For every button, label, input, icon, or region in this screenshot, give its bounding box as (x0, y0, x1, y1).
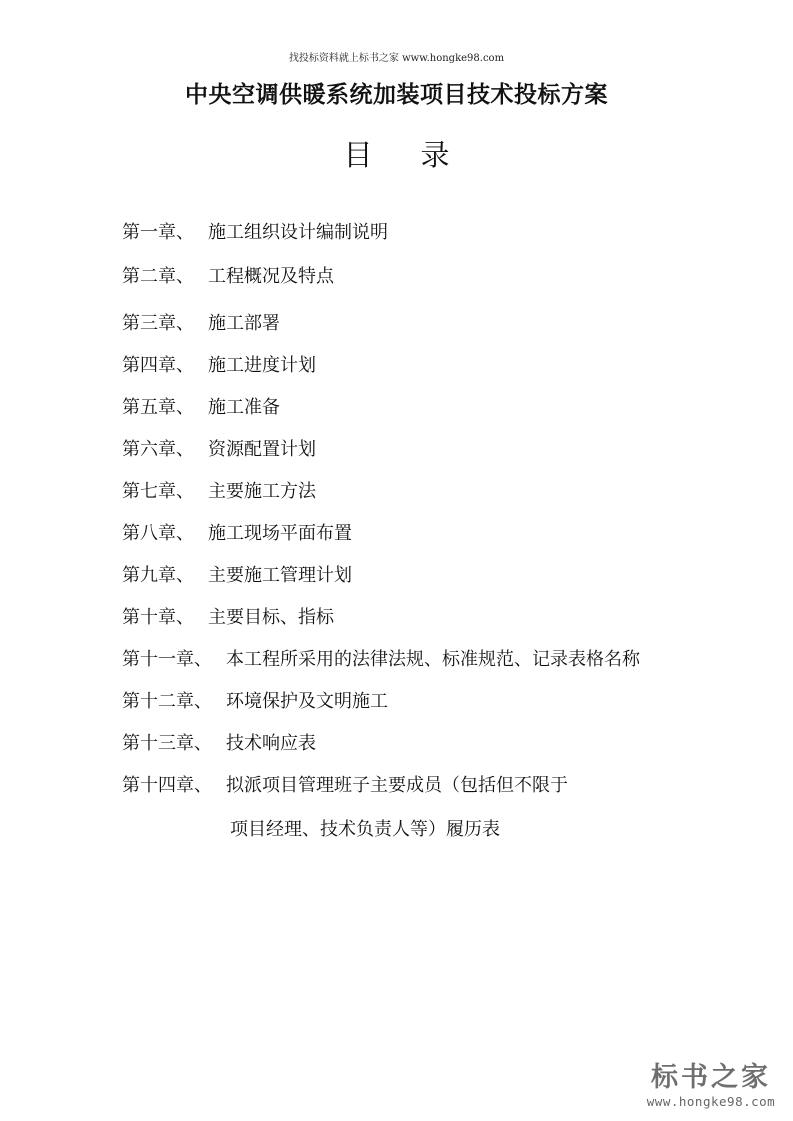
watermark-logo: 标书之家 www.hongke98.com (641, 1055, 781, 1109)
chapter-number: 第二章、 (122, 262, 194, 292)
chapter-title: 施工部署 (208, 309, 280, 339)
toc-item: 第十章、主要目标、指标 (122, 603, 334, 633)
toc-item: 第八章、施工现场平面布置 (122, 519, 352, 549)
chapter-title: 环境保护及文明施工 (226, 687, 388, 717)
chapter-title: 施工进度计划 (208, 351, 316, 381)
chapter-number: 第七章、 (122, 477, 194, 507)
toc-item: 第十四章、拟派项目管理班子主要成员（包括但不限于 (122, 771, 568, 801)
chapter-number: 第十一章、 (122, 645, 212, 675)
toc-item: 第五章、施工准备 (122, 393, 280, 423)
toc-heading-char-1: 目 (343, 133, 372, 174)
chapter-number: 第十三章、 (122, 729, 212, 759)
chapter-title: 资源配置计划 (208, 435, 316, 465)
chapter-number: 第十四章、 (122, 771, 212, 801)
toc-heading-char-2: 录 (421, 133, 450, 174)
chapter-number: 第九章、 (122, 561, 194, 591)
toc-item: 第四章、施工进度计划 (122, 351, 316, 381)
chapter-number: 第五章、 (122, 393, 194, 423)
chapter-number: 第八章、 (122, 519, 194, 549)
chapter-title: 工程概况及特点 (208, 262, 334, 292)
chapter-number: 第十章、 (122, 603, 194, 633)
chapter-title: 施工准备 (208, 393, 280, 423)
toc-item: 第九章、主要施工管理计划 (122, 561, 352, 591)
chapter-title: 拟派项目管理班子主要成员（包括但不限于 (226, 771, 568, 801)
toc-item: 第六章、资源配置计划 (122, 435, 316, 465)
toc-item: 第二章、工程概况及特点 (122, 262, 334, 292)
chapter-title: 主要施工方法 (208, 477, 316, 507)
toc-item: 第七章、主要施工方法 (122, 477, 316, 507)
chapter-title: 施工组织设计编制说明 (208, 218, 388, 248)
watermark-url: www.hongke98.com (641, 1094, 781, 1109)
chapter-number: 第三章、 (122, 309, 194, 339)
toc-item: 第十三章、技术响应表 (122, 729, 316, 759)
chapter-title: 主要施工管理计划 (208, 561, 352, 591)
chapter-number: 第六章、 (122, 435, 194, 465)
toc-item: 第三章、施工部署 (122, 309, 280, 339)
toc-heading: 目录 (0, 133, 793, 174)
header-note: 找投标资料就上标书之家 www.hongke98.com (0, 49, 793, 64)
chapter-title: 本工程所采用的法律法规、标准规范、记录表格名称 (226, 645, 640, 675)
toc-item: 第一章、施工组织设计编制说明 (122, 218, 388, 248)
toc-item: 第十一章、本工程所采用的法律法规、标准规范、记录表格名称 (122, 645, 640, 675)
chapter-title-continuation: 项目经理、技术负责人等）履历表 (230, 815, 500, 845)
chapter-title: 技术响应表 (226, 729, 316, 759)
chapter-number: 第一章、 (122, 218, 194, 248)
chapter-title: 施工现场平面布置 (208, 519, 352, 549)
watermark-title: 标书之家 (641, 1055, 781, 1094)
chapter-title: 主要目标、指标 (208, 603, 334, 633)
chapter-number: 第四章、 (122, 351, 194, 381)
document-title: 中央空调供暖系统加装项目技术投标方案 (0, 76, 793, 109)
toc-item: 第十二章、环境保护及文明施工 (122, 687, 388, 717)
chapter-number: 第十二章、 (122, 687, 212, 717)
